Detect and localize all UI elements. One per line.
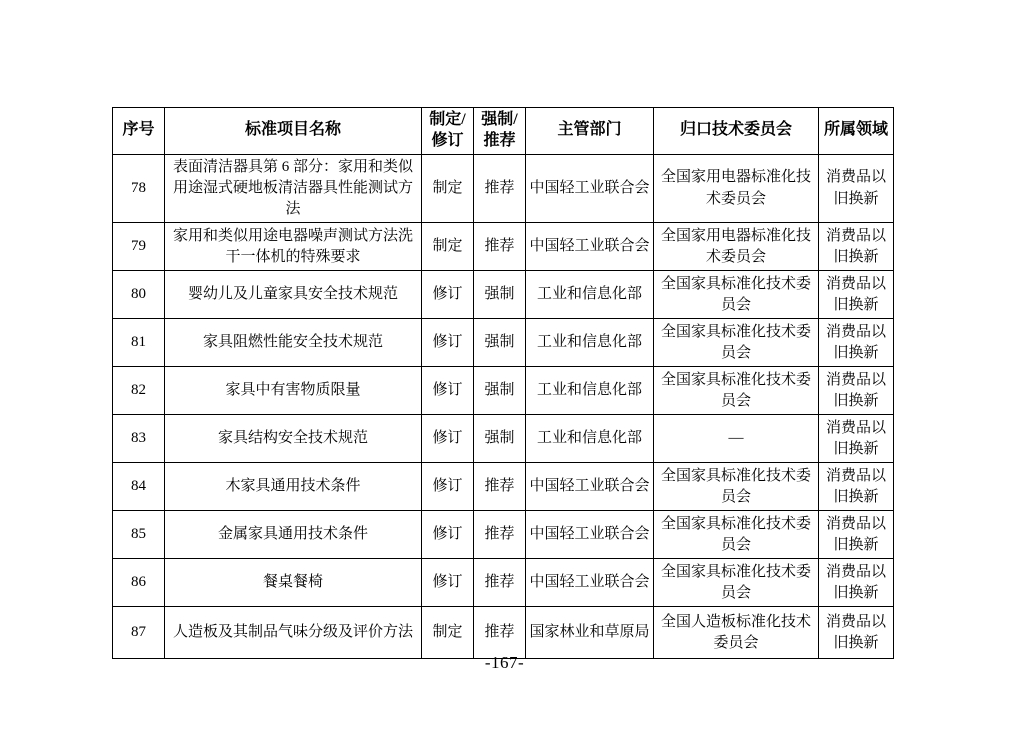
cell-index: 85 [113,511,165,559]
table-row: 83家具结构安全技术规范修订强制工业和信息化部—消费品以旧换新 [113,415,894,463]
cell-dept: 工业和信息化部 [526,415,654,463]
cell-dept: 中国轻工业联合会 [526,463,654,511]
cell-index: 84 [113,463,165,511]
page-number: -167- [0,653,1009,673]
cell-dept: 中国轻工业联合会 [526,223,654,271]
cell-field: 消费品以旧换新 [819,607,894,659]
cell-force: 强制 [474,367,526,415]
cell-index: 83 [113,415,165,463]
cell-field: 消费品以旧换新 [819,271,894,319]
cell-index: 81 [113,319,165,367]
cell-committee: 全国家具标准化技术委员会 [654,271,819,319]
cell-type: 修订 [422,463,474,511]
cell-force: 强制 [474,415,526,463]
cell-dept: 国家林业和草原局 [526,607,654,659]
cell-force: 推荐 [474,559,526,607]
cell-field: 消费品以旧换新 [819,511,894,559]
header-force: 强制/ 推荐 [474,108,526,155]
cell-dept: 工业和信息化部 [526,367,654,415]
cell-dept: 中国轻工业联合会 [526,511,654,559]
table-row: 86餐桌餐椅修订推荐中国轻工业联合会全国家具标准化技术委员会消费品以旧换新 [113,559,894,607]
cell-committee: 全国家用电器标准化技术委员会 [654,154,819,223]
cell-field: 消费品以旧换新 [819,367,894,415]
cell-index: 86 [113,559,165,607]
cell-index: 87 [113,607,165,659]
header-index: 序号 [113,108,165,155]
table-row: 79家用和类似用途电器噪声测试方法洗干一体机的特殊要求制定推荐中国轻工业联合会全… [113,223,894,271]
cell-committee: 全国家用电器标准化技术委员会 [654,223,819,271]
cell-type: 修订 [422,559,474,607]
cell-force: 强制 [474,319,526,367]
cell-type: 修订 [422,511,474,559]
cell-type: 制定 [422,223,474,271]
cell-committee: 全国家具标准化技术委员会 [654,367,819,415]
table-row: 81家具阻燃性能安全技术规范修订强制工业和信息化部全国家具标准化技术委员会消费品… [113,319,894,367]
cell-force: 推荐 [474,607,526,659]
cell-type: 修订 [422,415,474,463]
header-type: 制定/ 修订 [422,108,474,155]
cell-dept: 中国轻工业联合会 [526,154,654,223]
table-row: 87人造板及其制品气味分级及评价方法制定推荐国家林业和草原局全国人造板标准化技术… [113,607,894,659]
cell-dept: 工业和信息化部 [526,271,654,319]
cell-type: 制定 [422,154,474,223]
cell-name: 人造板及其制品气味分级及评价方法 [165,607,422,659]
header-name: 标准项目名称 [165,108,422,155]
cell-name: 餐桌餐椅 [165,559,422,607]
cell-name: 家用和类似用途电器噪声测试方法洗干一体机的特殊要求 [165,223,422,271]
cell-name: 金属家具通用技术条件 [165,511,422,559]
table-header: 序号 标准项目名称 制定/ 修订 强制/ 推荐 主管部门 归口技术委员会 所属领… [113,108,894,155]
cell-field: 消费品以旧换新 [819,319,894,367]
table-row: 84木家具通用技术条件修订推荐中国轻工业联合会全国家具标准化技术委员会消费品以旧… [113,463,894,511]
cell-committee: 全国家具标准化技术委员会 [654,463,819,511]
header-field: 所属领域 [819,108,894,155]
cell-force: 推荐 [474,223,526,271]
cell-index: 78 [113,154,165,223]
document-page: 序号 标准项目名称 制定/ 修订 强制/ 推荐 主管部门 归口技术委员会 所属领… [0,0,1009,736]
cell-force: 强制 [474,271,526,319]
cell-force: 推荐 [474,154,526,223]
cell-index: 80 [113,271,165,319]
cell-type: 制定 [422,607,474,659]
cell-committee: — [654,415,819,463]
cell-index: 82 [113,367,165,415]
table-row: 80婴幼儿及儿童家具安全技术规范修订强制工业和信息化部全国家具标准化技术委员会消… [113,271,894,319]
table-row: 78表面清洁器具第 6 部分：家用和类似用途湿式硬地板清洁器具性能测试方法制定推… [113,154,894,223]
cell-type: 修订 [422,271,474,319]
cell-field: 消费品以旧换新 [819,154,894,223]
cell-name: 表面清洁器具第 6 部分：家用和类似用途湿式硬地板清洁器具性能测试方法 [165,154,422,223]
cell-committee: 全国家具标准化技术委员会 [654,511,819,559]
cell-name: 木家具通用技术条件 [165,463,422,511]
header-dept: 主管部门 [526,108,654,155]
cell-name: 家具结构安全技术规范 [165,415,422,463]
cell-force: 推荐 [474,463,526,511]
cell-committee: 全国家具标准化技术委员会 [654,559,819,607]
cell-field: 消费品以旧换新 [819,415,894,463]
cell-index: 79 [113,223,165,271]
header-committee: 归口技术委员会 [654,108,819,155]
standards-table: 序号 标准项目名称 制定/ 修订 强制/ 推荐 主管部门 归口技术委员会 所属领… [112,107,894,659]
cell-name: 家具阻燃性能安全技术规范 [165,319,422,367]
header-row: 序号 标准项目名称 制定/ 修订 强制/ 推荐 主管部门 归口技术委员会 所属领… [113,108,894,155]
cell-dept: 中国轻工业联合会 [526,559,654,607]
table-body: 78表面清洁器具第 6 部分：家用和类似用途湿式硬地板清洁器具性能测试方法制定推… [113,154,894,659]
cell-name: 家具中有害物质限量 [165,367,422,415]
cell-type: 修订 [422,319,474,367]
cell-field: 消费品以旧换新 [819,223,894,271]
cell-dept: 工业和信息化部 [526,319,654,367]
table-row: 82家具中有害物质限量修订强制工业和信息化部全国家具标准化技术委员会消费品以旧换… [113,367,894,415]
cell-type: 修订 [422,367,474,415]
cell-committee: 全国家具标准化技术委员会 [654,319,819,367]
table-row: 85金属家具通用技术条件修订推荐中国轻工业联合会全国家具标准化技术委员会消费品以… [113,511,894,559]
cell-field: 消费品以旧换新 [819,559,894,607]
cell-name: 婴幼儿及儿童家具安全技术规范 [165,271,422,319]
cell-force: 推荐 [474,511,526,559]
cell-committee: 全国人造板标准化技术委员会 [654,607,819,659]
cell-field: 消费品以旧换新 [819,463,894,511]
